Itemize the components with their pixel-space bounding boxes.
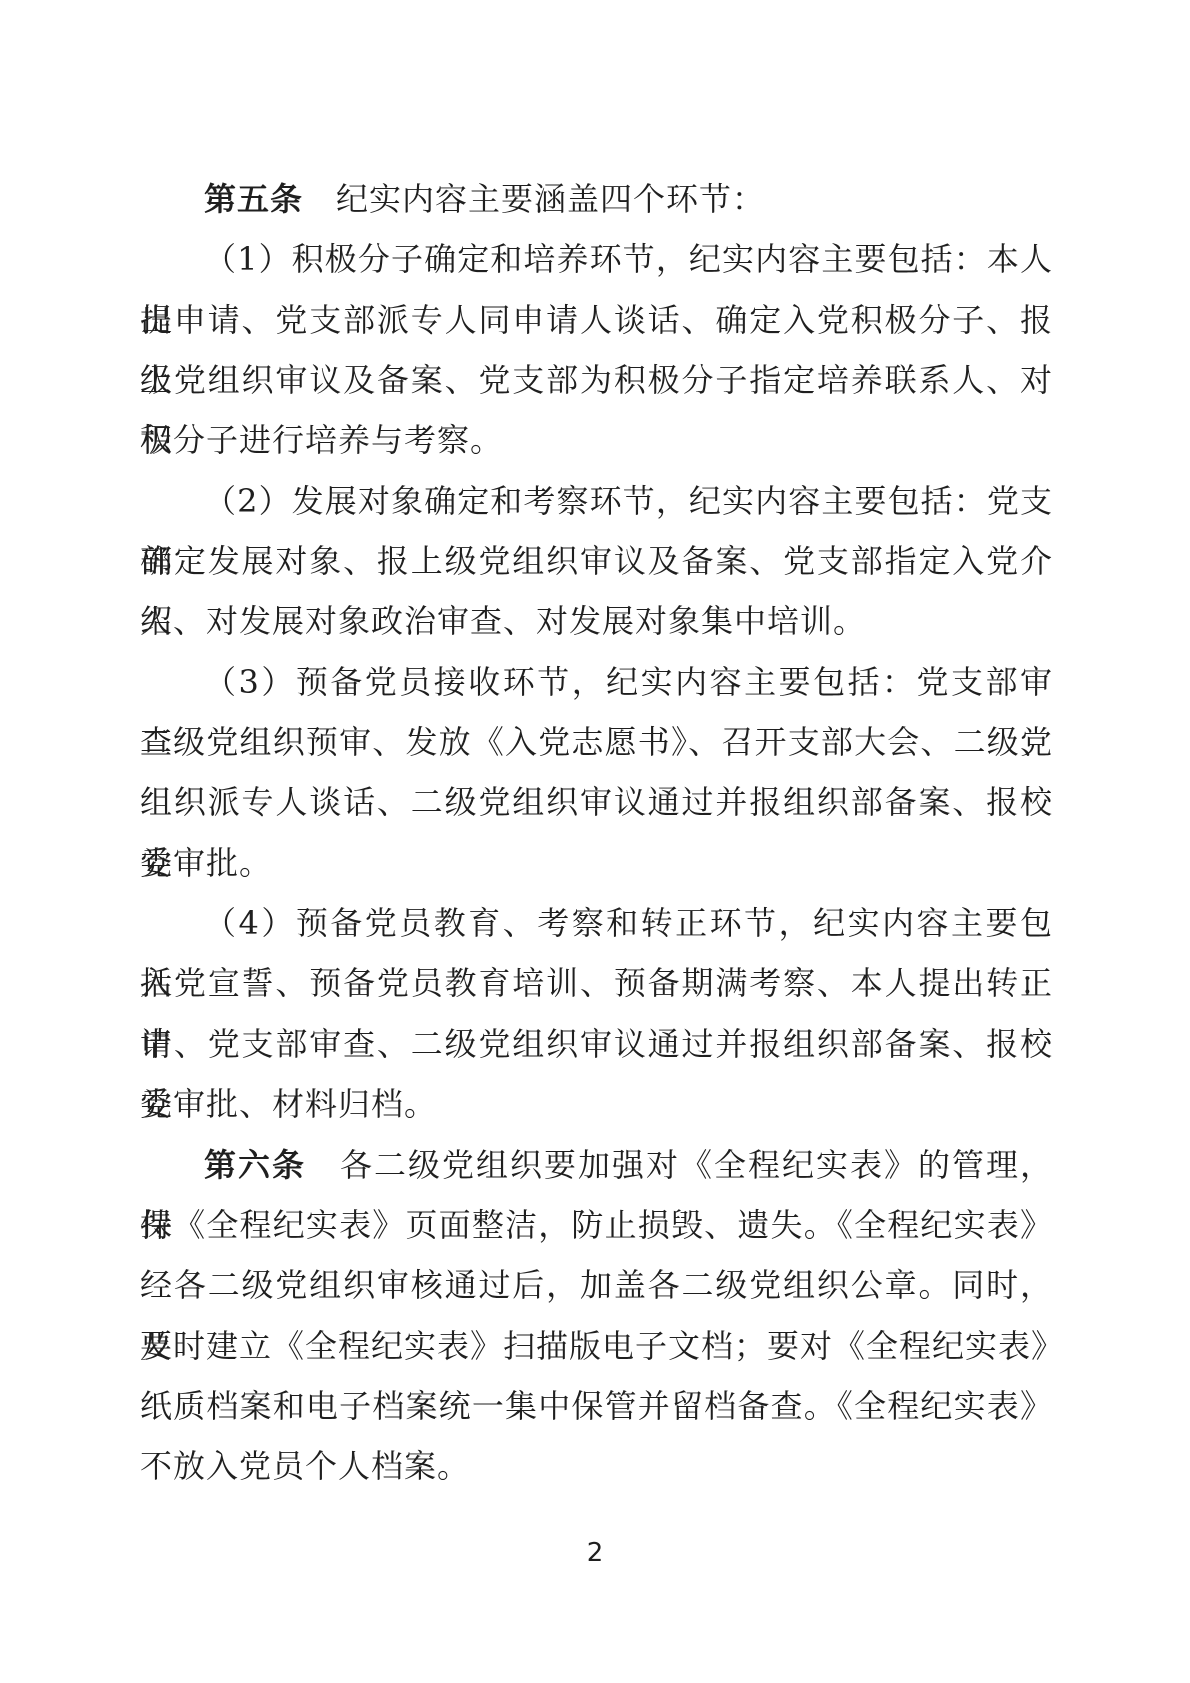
line-text: 纪实内容主要涵盖四个环节： [303,180,765,218]
line-text: 二级党组织预审、发放《入党志愿书》、召开支部大会、二级党 [140,723,1053,761]
line-text: 不放入党员个人档案。 [140,1447,470,1485]
document-page: 第五条 纪实内容主要涵盖四个环节： （1）积极分子确定和培养环节，纪实内容主要包… [0,0,1190,1683]
text-line: （4）预备党员教育、考察和转正环节，纪实内容主要包括： [140,893,1053,953]
line-text: 极分子进行培养与考察。 [140,421,503,459]
line-text: 委审批、材料归档。 [140,1085,437,1123]
line-text: 及时建立《全程纪实表》扫描版电子文档；要对《全程纪实表》 [140,1327,1064,1365]
line-text: 持《全程纪实表》页面整洁，防止损毁、遗失。《全程纪实表》 [140,1206,1053,1244]
text-line: （2）发展对象确定和考察环节，纪实内容主要包括：党支部 [140,471,1053,531]
text-line: 入党宣誓、预备党员教育培训、预备期满考察、本人提出转正申 [140,953,1053,1013]
article-heading: 第五条 [204,180,303,218]
text-line: 组织派专人谈话、二级党组织审议通过并报组织部备案、报校党 [140,772,1053,832]
text-line: 持《全程纪实表》页面整洁，防止损毁、遗失。《全程纪实表》 [140,1195,1053,1255]
text-line: 二级党组织预审、发放《入党志愿书》、召开支部大会、二级党 [140,712,1053,772]
text-line: 确定发展对象、报上级党组织审议及备案、党支部指定入党介绍 [140,531,1053,591]
text-line: 请、党支部审查、二级党组织审议通过并报组织部备案、报校党 [140,1014,1053,1074]
text-line: 不放入党员个人档案。 [140,1436,1053,1496]
text-line: 人、对发展对象政治审查、对发展对象集中培训。 [140,591,1053,651]
text-line: （3）预备党员接收环节，纪实内容主要包括：党支部审查、 [140,652,1053,712]
text-line: 出申请、党支部派专人同申请人谈话、确定入党积极分子、报上 [140,290,1053,350]
text-line: 委审批、材料归档。 [140,1074,1053,1134]
text-line: 第五条 纪实内容主要涵盖四个环节： [140,169,1053,229]
line-text: 委审批。 [140,844,272,882]
text-line: 委审批。 [140,833,1053,893]
text-line: 级党组织审议及备案、党支部为积极分子指定培养联系人、对积 [140,350,1053,410]
text-line: 经各二级党组织审核通过后，加盖各二级党组织公章。同时，要 [140,1255,1053,1315]
text-line: 纸质档案和电子档案统一集中保管并留档备查。《全程纪实表》 [140,1376,1053,1436]
text-line: 极分子进行培养与考察。 [140,410,1053,470]
text-line: （1）积极分子确定和培养环节，纪实内容主要包括：本人提 [140,229,1053,289]
text-line: 第六条 各二级党组织要加强对《全程纪实表》的管理，保 [140,1135,1053,1195]
document-body: 第五条 纪实内容主要涵盖四个环节： （1）积极分子确定和培养环节，纪实内容主要包… [140,169,1053,1497]
page-number: 2 [0,1538,1190,1568]
text-line: 及时建立《全程纪实表》扫描版电子文档；要对《全程纪实表》 [140,1316,1053,1376]
article-heading: 第六条 [204,1146,306,1184]
line-text: 纸质档案和电子档案统一集中保管并留档备查。《全程纪实表》 [140,1387,1053,1425]
line-text: 人、对发展对象政治审查、对发展对象集中培训。 [140,602,866,640]
